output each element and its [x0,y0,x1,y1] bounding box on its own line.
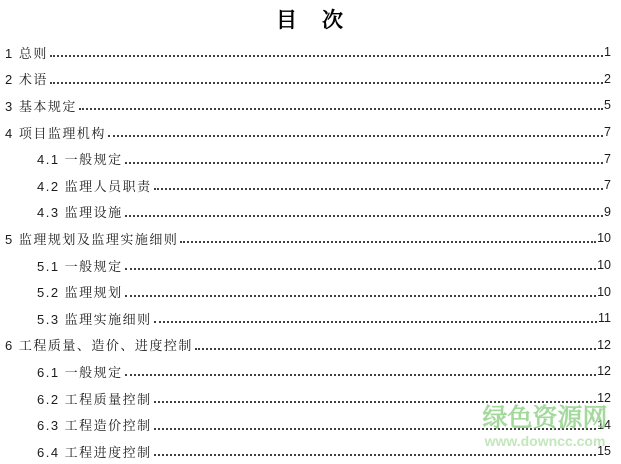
toc-entry[interactable]: 4.3 监理设施 9 [5,199,611,226]
dot-leader [125,374,596,376]
dot-leader [50,82,603,84]
toc-entry-label: 5.1 一般规定 [37,256,123,275]
toc-entry-label: 5.3 监理实施细则 [37,309,152,328]
dot-leader [154,321,597,323]
toc-entry-label: 5.2 监理规划 [37,282,123,301]
toc-entry-page: 12 [597,391,611,405]
dot-leader [50,55,603,57]
toc-entry-page: 11 [598,311,611,325]
toc-entry-page: 2 [604,72,611,86]
toc-entry-label: 5 监理规划及监理实施细则 [5,229,178,248]
toc-entry[interactable]: 6.4 工程进度控制 15 [5,438,611,464]
toc-entry-page: 7 [604,178,611,192]
toc-entry-page: 9 [604,205,611,219]
dot-leader [154,428,596,430]
toc-entry-label: 4 项目监理机构 [5,123,106,142]
toc-entry-page: 12 [597,364,611,378]
toc-entry-label: 3 基本规定 [5,96,77,115]
dot-leader [79,108,603,110]
toc-entry[interactable]: 6.2 工程质量控制 12 [5,385,611,412]
toc-entry[interactable]: 5.3 监理实施细则 11 [5,305,611,332]
toc-entry[interactable]: 3 基本规定 5 [5,92,611,119]
toc-entry[interactable]: 2 术语 2 [5,66,611,93]
toc-entry-page: 14 [597,418,611,432]
toc-entry-page: 7 [604,125,611,139]
toc-list: 1 总则 1 2 术语 2 3 基本规定 5 4 项目监理机构 7 4.1 一般… [0,37,621,464]
dot-leader [195,348,596,350]
dot-leader [154,454,596,456]
toc-entry-label: 6.1 一般规定 [37,362,123,381]
toc-entry-label: 4.1 一般规定 [37,149,123,168]
toc-entry-page: 10 [597,285,611,299]
dot-leader [125,268,596,270]
dot-leader [108,135,603,137]
toc-entry-page: 10 [597,258,611,272]
toc-entry-page: 15 [597,444,611,458]
toc-entry[interactable]: 1 总则 1 [5,39,611,66]
toc-entry[interactable]: 4.1 一般规定 7 [5,145,611,172]
toc-entry-label: 6.2 工程质量控制 [37,389,152,408]
toc-entry[interactable]: 4 项目监理机构 7 [5,119,611,146]
toc-entry-label: 6.3 工程造价控制 [37,415,152,434]
dot-leader [125,162,603,164]
toc-entry-page: 12 [597,338,611,352]
toc-entry-label: 6.4 工程进度控制 [37,442,152,461]
toc-entry-label: 1 总则 [5,43,48,62]
toc-entry-label: 4.3 监理设施 [37,202,123,221]
dot-leader [154,188,603,190]
toc-entry[interactable]: 6.3 工程造价控制 14 [5,411,611,438]
toc-entry-label: 4.2 监理人员职责 [37,176,152,195]
toc-entry[interactable]: 4.2 监理人员职责 7 [5,172,611,199]
toc-entry[interactable]: 5.2 监理规划 10 [5,278,611,305]
toc-entry[interactable]: 5.1 一般规定 10 [5,252,611,279]
toc-entry-page: 1 [604,45,611,59]
dot-leader [180,241,596,243]
toc-entry[interactable]: 6.1 一般规定 12 [5,358,611,385]
toc-entry[interactable]: 5 监理规划及监理实施细则 10 [5,225,611,252]
toc-entry-page: 7 [604,152,611,166]
toc-entry-page: 10 [597,231,611,245]
toc-document-page: 目 次 1 总则 1 2 术语 2 3 基本规定 5 4 项目监理机构 7 4.… [0,0,621,464]
dot-leader [125,295,596,297]
page-title: 目 次 [0,0,621,37]
dot-leader [154,401,596,403]
dot-leader [125,215,603,217]
toc-entry[interactable]: 6 工程质量、造价、进度控制 12 [5,332,611,359]
toc-entry-page: 5 [604,98,611,112]
toc-entry-label: 6 工程质量、造价、进度控制 [5,335,193,354]
toc-entry-label: 2 术语 [5,69,48,88]
